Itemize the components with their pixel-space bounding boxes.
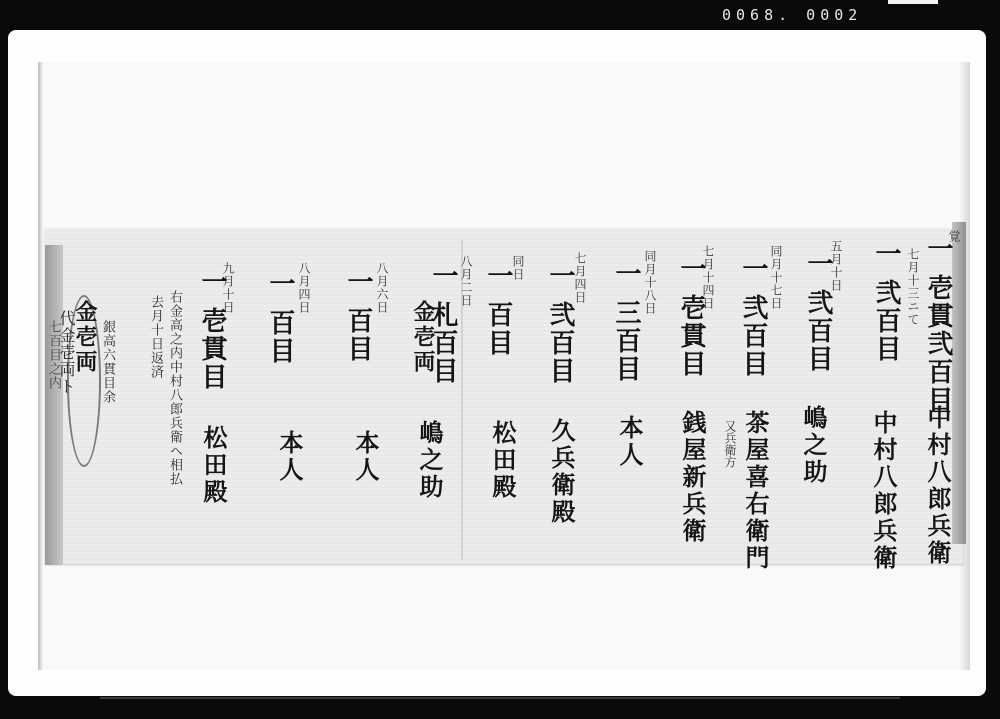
entry-extra: 金壱両 — [408, 300, 439, 375]
left-fold-text: 七百目之内 — [44, 320, 63, 390]
entry-amount: 一 壱貫弐百目 — [920, 235, 957, 414]
entry-amount: 一 百目 — [340, 268, 377, 363]
paper-fold-left — [45, 245, 63, 565]
entry-name: 松田殿 — [196, 425, 231, 506]
entry-amount: 一 弐百目 — [868, 240, 905, 363]
entry-name: 中村八郎兵衛 — [866, 410, 901, 572]
entry-amount: 一 三百目 — [608, 260, 645, 383]
entry-subname: 又兵衛方 — [722, 420, 739, 468]
entry-name: 本人 — [612, 415, 647, 469]
entry-amount: 一 百目 — [262, 270, 299, 365]
microfilm-frame-marker — [888, 0, 938, 4]
entry-amount: 一 弐百目 — [735, 255, 772, 378]
entry-amount: 一 弐百目 — [542, 262, 579, 385]
film-edge-noise — [100, 697, 900, 699]
entry-name: 久兵衛殿 — [544, 418, 579, 526]
microfilm-frame-number: 0068. 0002 — [722, 6, 862, 24]
entry-name: 嶋之助 — [796, 405, 831, 486]
entry-name: 中村八郎兵衛 — [920, 405, 955, 567]
entry-amount: 一 壱貫目 — [194, 268, 231, 391]
entry-amount: 一 壱貫目 — [673, 255, 710, 378]
entry-name: 嶋之助 — [412, 420, 447, 501]
entry-amount: 一 百目 — [480, 262, 517, 357]
entry-name: 銭屋新兵衛 — [675, 410, 710, 545]
entry-name: 茶屋喜右衛門 — [738, 410, 773, 572]
entry-name: 本人 — [272, 430, 307, 484]
postscript-line-2: 去月十日返済 — [146, 295, 165, 379]
postscript-line-1: 右金高之内中村八郎兵衛へ相払 — [165, 290, 184, 486]
total-note: 銀高六貫目余 — [98, 320, 117, 404]
entry-amount: 一 弐百目 — [800, 250, 837, 373]
card-edge-left — [38, 62, 43, 670]
entry-name: 本人 — [348, 430, 383, 484]
entry-name: 松田殿 — [485, 420, 520, 501]
